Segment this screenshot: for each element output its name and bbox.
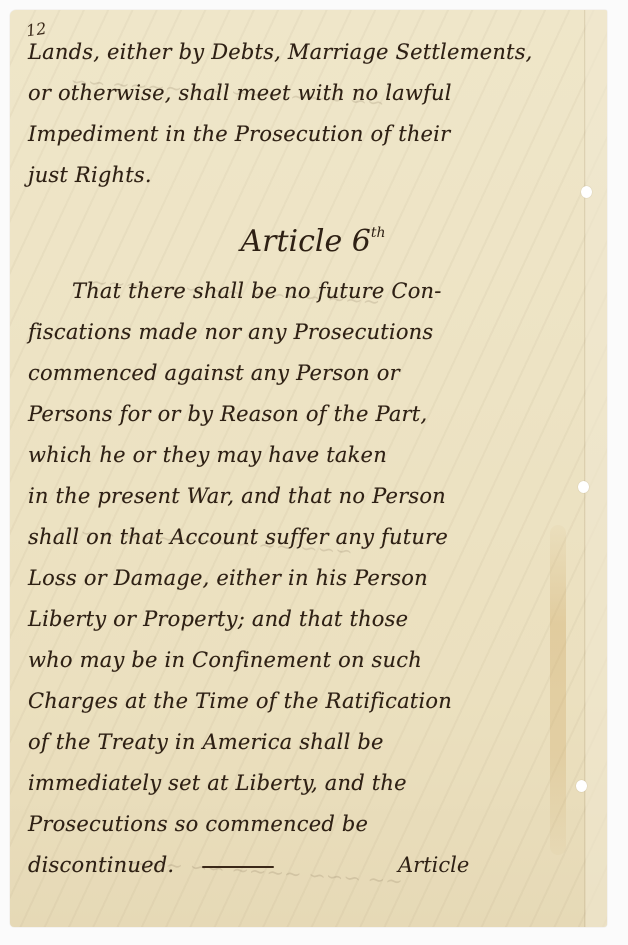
text-line: Loss or Damage, either in his Person [28, 558, 538, 599]
punch-hole-bottom [576, 780, 587, 792]
text-line: or otherwise, shall meet with no lawful [28, 73, 538, 114]
punch-hole-top [581, 186, 592, 198]
text-line: shall on that Account suffer any future [28, 517, 538, 558]
text-line: That there shall be no future Con- [28, 271, 538, 312]
punch-hole-middle [578, 481, 589, 493]
text-line: just Rights. [28, 155, 538, 196]
text-line: Lands, either by Debts, Marriage Settlem… [28, 32, 538, 73]
catchword: Article [398, 853, 469, 877]
ink-flourish-line [202, 866, 274, 868]
manuscript-text: Lands, either by Debts, Marriage Settlem… [28, 32, 538, 886]
page-edge-strip [586, 10, 607, 927]
text-line: fiscations made nor any Prosecutions [28, 312, 538, 353]
text-line: who may be in Confinement on such [28, 640, 538, 681]
text-line: Liberty or Property; and that those [28, 599, 538, 640]
text-line: commenced against any Person or [28, 353, 538, 394]
article-heading-suffix: th [371, 225, 386, 241]
manuscript-page: ∼∼ ∽∽∽ ∼∼∼ ∽∼ ∽∽∽∽ ∼∼ ∽∽∽ ∼∼∼∼ ∽∽ ∼∼∼ ∽∽… [10, 10, 607, 927]
text-line: Impediment in the Prosecution of their [28, 114, 538, 155]
text-line: which he or they may have taken [28, 435, 538, 476]
water-stain [550, 525, 566, 855]
text-line: immediately set at Liberty, and the [28, 763, 538, 804]
article-heading: Article 6th [88, 196, 538, 271]
text-line: in the present War, and that no Person [28, 476, 538, 517]
article-heading-text: Article 6 [240, 224, 370, 259]
text-line: discontinued. [28, 853, 174, 877]
text-line: Prosecutions so commenced be [28, 804, 538, 845]
text-line: Charges at the Time of the Ratification [28, 681, 538, 722]
text-line: of the Treaty in America shall be [28, 722, 538, 763]
text-line: Persons for or by Reason of the Part, [28, 394, 538, 435]
